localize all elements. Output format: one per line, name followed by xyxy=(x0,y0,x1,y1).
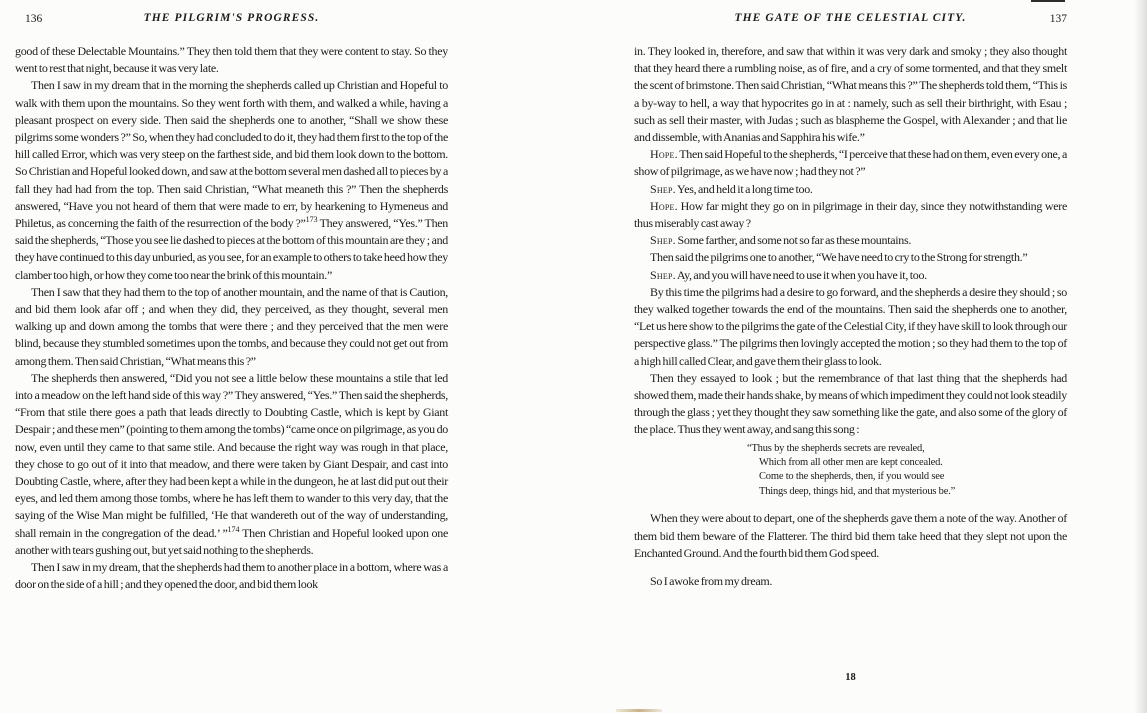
text-run: Then said the pilgrims one to another, “… xyxy=(650,250,1027,264)
book-spread: 136 THE PILGRIM'S PROGRESS. good of thes… xyxy=(0,0,1147,713)
text-run: Some farther, and some not so far as the… xyxy=(676,233,911,247)
page-136: 136 THE PILGRIM'S PROGRESS. good of thes… xyxy=(0,0,573,713)
paragraph: When they were about to depart, one of t… xyxy=(634,510,1067,562)
paragraph: good of these Delectable Mountains.” The… xyxy=(15,43,448,77)
text-run: So I awoke from my dream. xyxy=(650,574,772,588)
footnote-ref: 173 xyxy=(306,215,318,224)
paragraph: Hope. Then said Hopeful to the shepherds… xyxy=(634,146,1067,180)
shepherds-song-poem: “Thus by the shepherds secrets are revea… xyxy=(747,442,1067,500)
page-header-left: 136 THE PILGRIM'S PROGRESS. xyxy=(15,12,448,29)
speaker-label: Hope. xyxy=(650,147,678,161)
signature-mark: 18 xyxy=(634,672,1067,683)
paragraph: Shep. Some farther, and some not so far … xyxy=(634,232,1067,249)
text-run: in. They looked in, therefore, and saw t… xyxy=(634,44,1067,144)
poem-line: Which from all other men are kept concea… xyxy=(747,456,1067,470)
text-run: How far might they go on in pilgrimage i… xyxy=(634,199,1067,230)
paragraph: Then I saw in my dream, that the shepher… xyxy=(15,559,448,593)
paragraph: Then I saw that they had them to the top… xyxy=(15,284,448,370)
paragraph: Then I saw in my dream that in the morni… xyxy=(15,77,448,283)
paragraph: Shep. Ay, and you will have need to use … xyxy=(634,267,1067,284)
text-column-right-top: in. They looked in, therefore, and saw t… xyxy=(634,43,1067,439)
paragraph: Shep. Yes, and held it a long time too. xyxy=(634,181,1067,198)
text-run: Then they essayed to look ; but the reme… xyxy=(634,371,1067,437)
poem-line: Come to the shepherds, then, if you woul… xyxy=(747,470,1067,484)
text-run: Then I saw that they had them to the top… xyxy=(15,285,448,368)
poem-line: Things deep, things hid, and that myster… xyxy=(747,485,1067,499)
text-column-right-bottom: When they were about to depart, one of t… xyxy=(634,510,1067,590)
text-run: Then I saw in my dream that in the morni… xyxy=(15,78,448,230)
page-number-right: 137 xyxy=(1050,13,1067,25)
speaker-label: Hope. xyxy=(650,199,678,213)
text-column-left: good of these Delectable Mountains.” The… xyxy=(15,43,448,594)
poem-line: “Thus by the shepherds secrets are revea… xyxy=(747,442,1067,456)
speaker-label: Shep. xyxy=(650,268,676,282)
paragraph: Then they essayed to look ; but the reme… xyxy=(634,370,1067,439)
text-run: The shepherds then answered, “Did you no… xyxy=(15,371,448,540)
paragraph: The shepherds then answered, “Did you no… xyxy=(15,370,448,559)
text-run: By this time the pilgrims had a desire t… xyxy=(634,285,1067,368)
paragraph: By this time the pilgrims had a desire t… xyxy=(634,284,1067,370)
text-run: Yes, and held it a long time too. xyxy=(676,182,813,196)
footnote-ref: 174 xyxy=(227,525,239,534)
paragraph: Then said the pilgrims one to another, “… xyxy=(634,249,1067,266)
speaker-label: Shep. xyxy=(650,233,676,247)
scan-artifact-bottom xyxy=(616,709,662,712)
scan-artifact-top xyxy=(1031,0,1065,2)
running-title-right: THE GATE OF THE CELESTIAL CITY. xyxy=(634,12,1067,24)
running-title-left: THE PILGRIM'S PROGRESS. xyxy=(15,12,448,24)
page-header-right: THE GATE OF THE CELESTIAL CITY. 137 xyxy=(634,12,1067,29)
speaker-label: Shep. xyxy=(650,182,676,196)
paragraph: in. They looked in, therefore, and saw t… xyxy=(634,43,1067,146)
paragraph: Hope. How far might they go on in pilgri… xyxy=(634,198,1067,232)
text-run: Ay, and you will have need to use it whe… xyxy=(676,268,927,282)
page-137: THE GATE OF THE CELESTIAL CITY. 137 in. … xyxy=(573,0,1147,713)
text-run: When they were about to depart, one of t… xyxy=(634,511,1067,559)
text-run: good of these Delectable Mountains.” The… xyxy=(15,44,448,75)
text-run: Then I saw in my dream, that the shepher… xyxy=(15,560,448,591)
text-run: Then said Hopeful to the shepherds, “I p… xyxy=(634,147,1067,178)
page-number-left: 136 xyxy=(25,13,42,25)
paragraph: So I awoke from my dream. xyxy=(634,573,1067,590)
